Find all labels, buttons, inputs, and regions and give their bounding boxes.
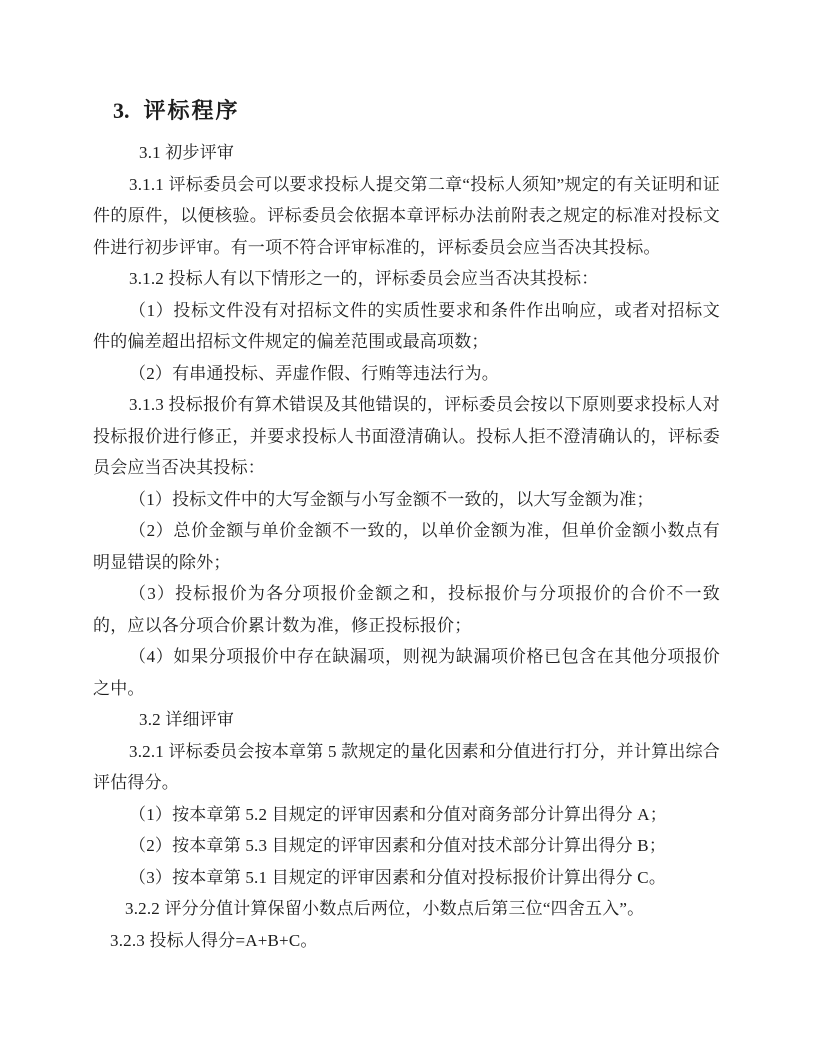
list-item-2: （2）按本章第 5.3 目规定的评审因素和分值对技术部分计算出得分 B；: [93, 830, 720, 862]
list-item-2: （2）总价金额与单价金额不一致的，以单价金额为准，但单价金额小数点有明显错误的除…: [93, 515, 720, 578]
list-item-1: （1）按本章第 5.2 目规定的评审因素和分值对商务部分计算出得分 A；: [93, 799, 720, 831]
document-content: 3.评标程序 3.1 初步评审 3.1.1 评标委员会可以要求投标人提交第二章“…: [0, 0, 815, 956]
para-3-2-1: 3.2.1 评标委员会按本章第 5 款规定的量化因素和分值进行打分，并计算出综合…: [93, 736, 720, 799]
para-3-2-2: 3.2.2 评分分值计算保留小数点后两位，小数点后第三位“四舍五入”。: [93, 893, 720, 925]
list-item-3: （3）按本章第 5.1 目规定的评审因素和分值对投标报价计算出得分 C。: [93, 862, 720, 894]
document-page: 3.评标程序 3.1 初步评审 3.1.1 评标委员会可以要求投标人提交第二章“…: [0, 0, 815, 1055]
para-3-1-2: 3.1.2 投标人有以下情形之一的，评标委员会应当否决其投标：: [93, 263, 720, 295]
list-item-2: （2）有串通投标、弄虚作假、行贿等违法行为。: [93, 358, 720, 390]
heading-3-1: 3.1 初步评审: [93, 137, 720, 169]
chapter-title-text: 评标程序: [144, 98, 240, 123]
heading-3-2: 3.2 详细评审: [93, 704, 720, 736]
list-item-3: （3）投标报价为各分项报价金额之和，投标报价与分项报价的合价不一致的，应以各分项…: [93, 578, 720, 641]
chapter-title: 3.评标程序: [113, 95, 720, 126]
list-item-1: （1）投标文件没有对招标文件的实质性要求和条件作出响应，或者对招标文件的偏差超出…: [93, 295, 720, 358]
list-item-1: （1）投标文件中的大写金额与小写金额不一致的，以大写金额为准；: [93, 484, 720, 516]
chapter-number: 3.: [113, 98, 130, 123]
para-3-1-1: 3.1.1 评标委员会可以要求投标人提交第二章“投标人须知”规定的有关证明和证件…: [93, 169, 720, 264]
para-3-2-3: 3.2.3 投标人得分=A+B+C。: [93, 925, 720, 957]
list-item-4: （4）如果分项报价中存在缺漏项，则视为缺漏项价格已包含在其他分项报价之中。: [93, 641, 720, 704]
para-3-1-3: 3.1.3 投标报价有算术错误及其他错误的，评标委员会按以下原则要求投标人对投标…: [93, 389, 720, 484]
